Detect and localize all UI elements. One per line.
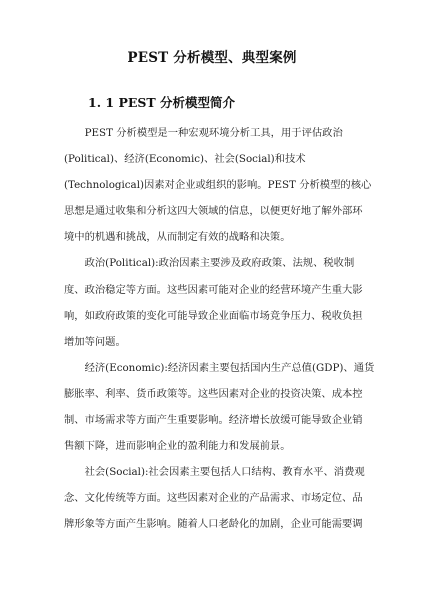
section-heading: 1. 1 PEST 分析模型简介 [88, 93, 235, 113]
paragraph-social: 社会(Social):社会因素主要包括人口结构、教育水平、消费观 念、文化传统等… [64, 459, 354, 537]
text-line: 膨胀率、利率、货币政策等。这些因素对企业的投资决策、成本控 [64, 381, 354, 407]
paragraph-economic: 经济(Economic):经济因素主要包括国内生产总值(GDP)、通货 膨胀率、… [64, 355, 354, 459]
text-line: (Political)、经济(Economic)、社会(Social)和技术 [64, 146, 354, 172]
text-line: 制、市场需求等方面产生重要影响。经济增长放缓可能导致企业销 [64, 407, 354, 433]
document-body: PEST 分析模型是一种宏观环境分析工具，用于评估政治 (Political)、… [64, 120, 354, 538]
text-line: 社会(Social):社会因素主要包括人口结构、教育水平、消费观 [64, 459, 354, 485]
text-line: 增加等问题。 [64, 329, 354, 355]
text-line: 售额下降，进而影响企业的盈利能力和发展前景。 [64, 433, 354, 459]
text-line: 度、政治稳定等方面。这些因素可能对企业的经营环境产生重大影 [64, 277, 354, 303]
text-line: 思想是通过收集和分析这四大领域的信息，以便更好地了解外部环 [64, 198, 354, 224]
paragraph-political: 政治(Political):政治因素主要涉及政府政策、法规、税收制 度、政治稳定… [64, 250, 354, 354]
text-line: 境中的机遇和挑战，从而制定有效的战略和决策。 [64, 224, 354, 250]
paragraph-pest-intro: PEST 分析模型是一种宏观环境分析工具，用于评估政治 (Political)、… [64, 120, 354, 250]
text-line: 念、文化传统等方面。这些因素对企业的产品需求、市场定位、品 [64, 485, 354, 511]
text-line: 经济(Economic):经济因素主要包括国内生产总值(GDP)、通货 [64, 355, 354, 381]
text-line: 响，如政府政策的变化可能导致企业面临市场竞争压力、税收负担 [64, 303, 354, 329]
text-line: (Technological)因素对企业或组织的影响。PEST 分析模型的核心 [64, 172, 354, 198]
document-title: PEST 分析模型、典型案例 [0, 48, 424, 68]
text-line: PEST 分析模型是一种宏观环境分析工具，用于评估政治 [64, 120, 354, 146]
text-line: 政治(Political):政治因素主要涉及政府政策、法规、税收制 [64, 250, 354, 276]
text-line: 牌形象等方面产生影响。随着人口老龄化的加剧，企业可能需要调 [64, 511, 354, 537]
document-page: PEST 分析模型、典型案例 1. 1 PEST 分析模型简介 PEST 分析模… [0, 0, 424, 600]
